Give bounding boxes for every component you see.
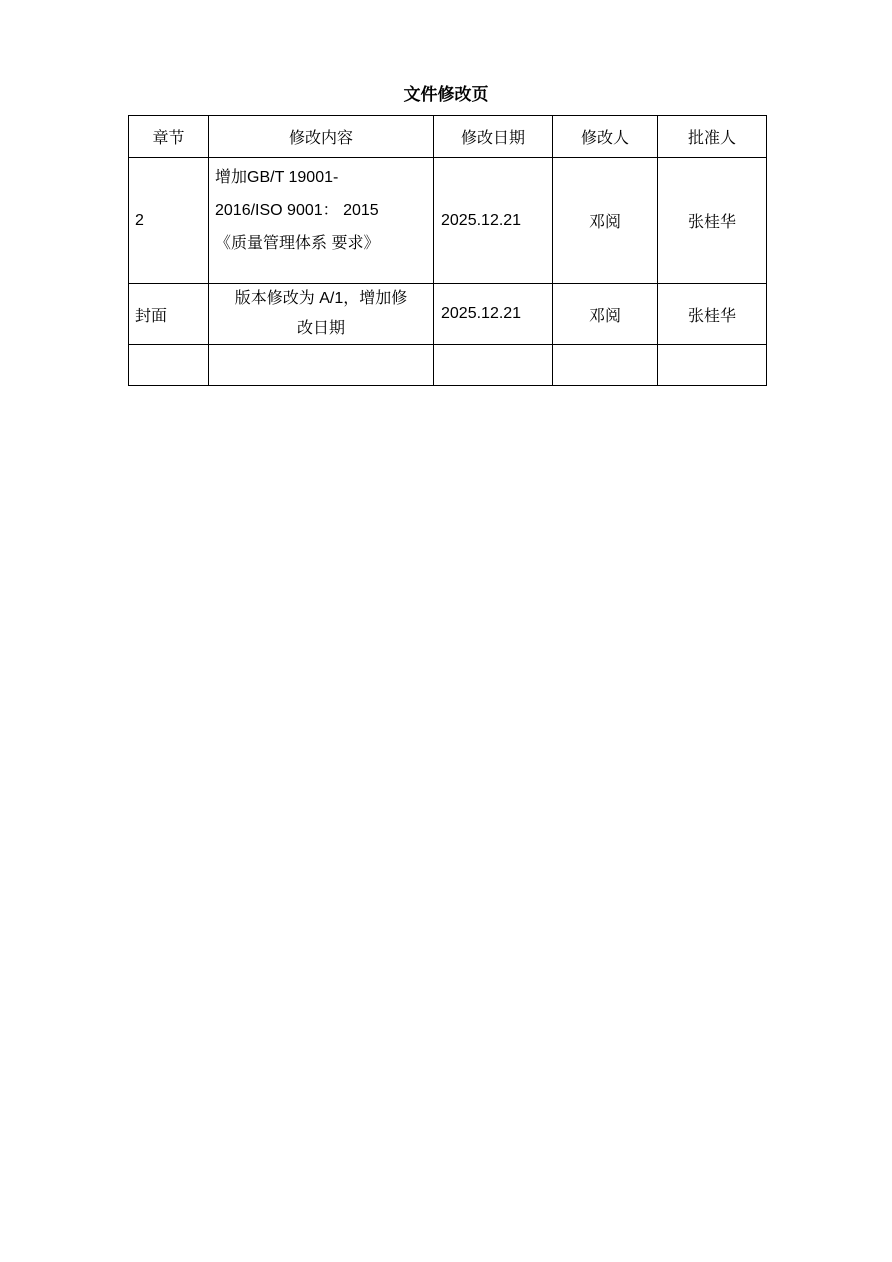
- cell-date: [434, 345, 553, 386]
- cell-modifier: 邓阅: [553, 158, 658, 284]
- cell-content: 增加GB/T 19001- 2016/ISO 9001： 2015 《质量管理体…: [209, 158, 434, 284]
- cell-date: 2025.12.21: [434, 158, 553, 284]
- cell-content: 版本修改为 A/1，增加修 改日期: [209, 284, 434, 345]
- cell-approver: [658, 345, 767, 386]
- table-row: 2 增加GB/T 19001- 2016/ISO 9001： 2015 《质量管…: [129, 158, 767, 284]
- revision-table: 章节 修改内容 修改日期 修改人 批准人 2 增加GB/T 19001- 201…: [128, 115, 767, 386]
- header-cell-content: 修改内容: [209, 116, 434, 158]
- cell-modifier: 邓阅: [553, 284, 658, 345]
- header-cell-approver: 批准人: [658, 116, 767, 158]
- cell-chapter: 封面: [129, 284, 209, 345]
- cell-modifier: [553, 345, 658, 386]
- document-page: { "page": { "title": "文件修改页" }, "table":…: [0, 0, 892, 1262]
- table-row: [129, 345, 767, 386]
- cell-approver: 张桂华: [658, 284, 767, 345]
- cell-approver: 张桂华: [658, 158, 767, 284]
- cell-chapter: [129, 345, 209, 386]
- table-row: 封面 版本修改为 A/1，增加修 改日期 2025.12.21 邓阅 张桂华: [129, 284, 767, 345]
- header-cell-chapter: 章节: [129, 116, 209, 158]
- page-title: 文件修改页: [0, 84, 892, 106]
- table-header-row: 章节 修改内容 修改日期 修改人 批准人: [129, 116, 767, 158]
- cell-date: 2025.12.21: [434, 284, 553, 345]
- cell-chapter: 2: [129, 158, 209, 284]
- header-cell-date: 修改日期: [434, 116, 553, 158]
- header-cell-modifier: 修改人: [553, 116, 658, 158]
- cell-content: [209, 345, 434, 386]
